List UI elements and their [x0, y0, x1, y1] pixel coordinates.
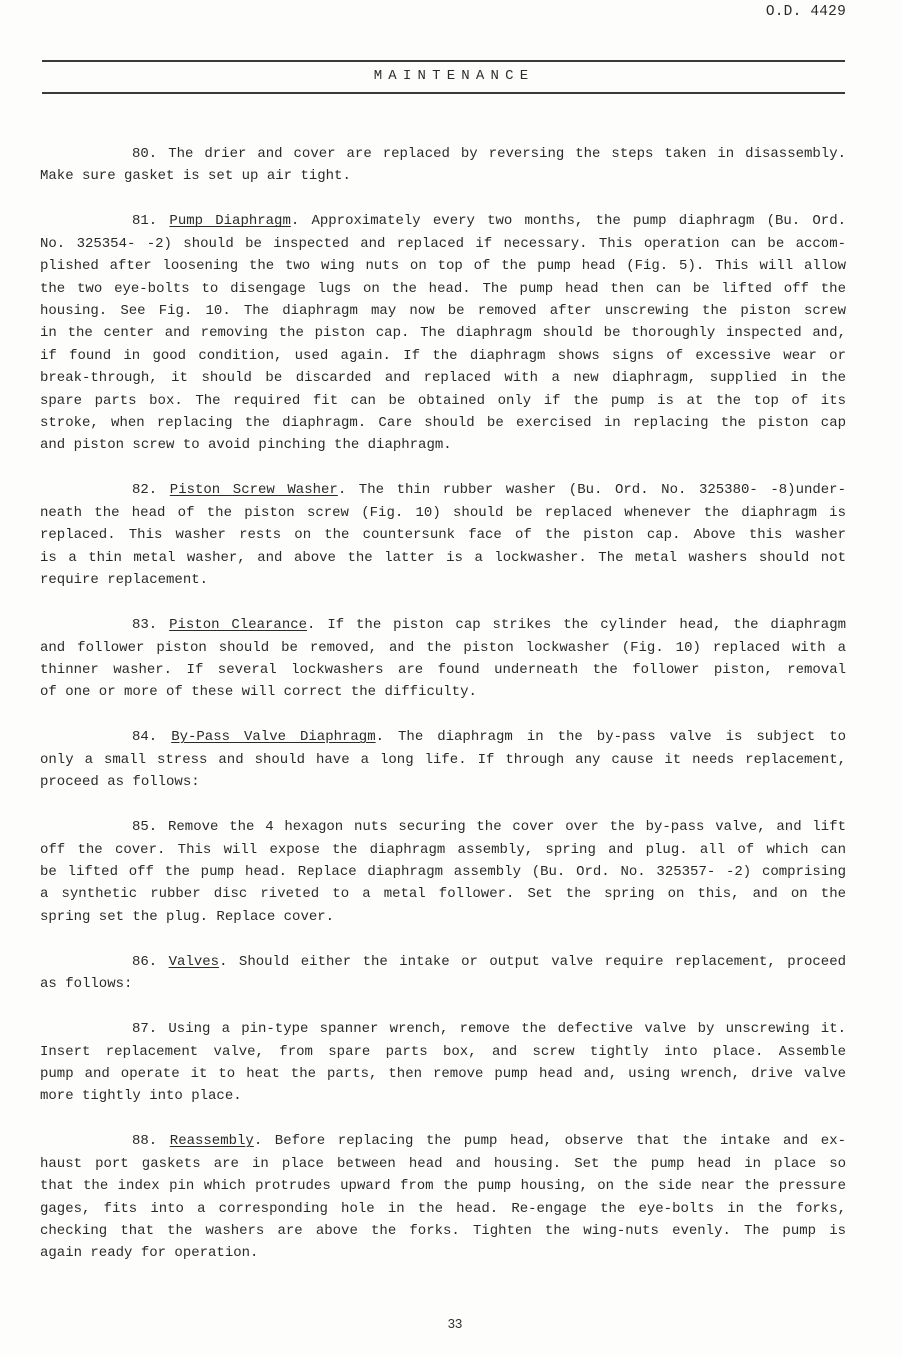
text-line: pump and operate it to heat the parts, t… — [40, 1063, 846, 1085]
line-text: neath the head of the piston screw (Fig.… — [40, 505, 846, 521]
line-text: of one or more of these will correct the… — [40, 684, 477, 700]
line-text: pump and operate it to heat the parts, t… — [40, 1066, 846, 1082]
line-text: the two eye-bolts to disengage lugs on t… — [40, 281, 846, 297]
line-text: more tightly into place. — [40, 1088, 242, 1104]
text-line: checking that the washers are above the … — [40, 1220, 846, 1242]
text-line: replaced. This washer rests on the count… — [40, 524, 846, 546]
text-line: thinner washer. If several lockwashers a… — [40, 659, 846, 681]
line-text: is a thin metal washer, and above the la… — [40, 550, 846, 566]
paragraph-86: 86. Valves. Should either the intake or … — [40, 951, 846, 996]
line-text: The drier and cover are replaced by reve… — [168, 146, 846, 162]
text-line: 81. Pump Diaphragm. Approximately every … — [40, 210, 846, 232]
paragraph-84: 84. By-Pass Valve Diaphragm. The diaphra… — [40, 726, 846, 793]
text-line: 85. Remove the 4 hexagon nuts securing t… — [40, 816, 846, 838]
line-text: plished after loosening the two wing nut… — [40, 258, 846, 274]
paragraph-number: 85. — [132, 819, 168, 835]
text-line: 84. By-Pass Valve Diaphragm. The diaphra… — [40, 726, 846, 748]
line-text: and follower piston should be removed, a… — [40, 640, 846, 656]
text-line: neath the head of the piston screw (Fig.… — [40, 502, 846, 524]
text-line: of one or more of these will correct the… — [40, 681, 846, 703]
line-text: . Before replacing the pump head, observ… — [254, 1133, 846, 1149]
text-line: a synthetic rubber disc riveted to a met… — [40, 883, 846, 905]
text-line: Insert replacement valve, from spare par… — [40, 1041, 846, 1063]
text-line: in the center and removing the piston ca… — [40, 322, 846, 344]
line-text: proceed as follows: — [40, 774, 200, 790]
text-line: break-through, it should be discarded an… — [40, 367, 846, 389]
line-text: spare parts box. The required fit can be… — [40, 393, 846, 409]
paragraph-number: 81. — [132, 213, 169, 229]
line-text: and piston screw to avoid pinching the d… — [40, 437, 452, 453]
line-text: . Approximately every two months, the pu… — [291, 213, 846, 229]
line-text: break-through, it should be discarded an… — [40, 370, 846, 386]
paragraph-87: 87. Using a pin-type spanner wrench, rem… — [40, 1018, 846, 1108]
header-rule-bottom — [42, 92, 845, 94]
text-line: 80. The drier and cover are replaced by … — [40, 143, 846, 165]
line-text: off the cover. This will expose the diap… — [40, 842, 846, 858]
text-line: and follower piston should be removed, a… — [40, 637, 846, 659]
paragraph-81: 81. Pump Diaphragm. Approximately every … — [40, 210, 846, 456]
text-line: 82. Piston Screw Washer. The thin rubber… — [40, 479, 846, 501]
line-text: No. 325354- -2) should be inspected and … — [40, 236, 846, 252]
line-text: only a small stress and should have a lo… — [40, 752, 846, 768]
text-line: 83. Piston Clearance. If the piston cap … — [40, 614, 846, 636]
paragraph-heading: Pump Diaphragm — [169, 213, 290, 229]
line-text: . The thin rubber washer (Bu. Ord. No. 3… — [338, 482, 846, 498]
page-number: 33 — [0, 1316, 902, 1331]
paragraph-heading: Reassembly — [170, 1133, 254, 1149]
paragraph-number: 84. — [132, 729, 171, 745]
text-line: Make sure gasket is set up air tight. — [40, 165, 846, 187]
paragraph-number: 83. — [132, 617, 169, 633]
line-text: checking that the washers are above the … — [40, 1223, 846, 1239]
line-text: that the index pin which protrudes upwar… — [40, 1178, 846, 1194]
text-line: as follows: — [40, 973, 846, 995]
paragraph-number: 82. — [132, 482, 170, 498]
text-line: more tightly into place. — [40, 1085, 846, 1107]
text-line: require replacement. — [40, 569, 846, 591]
paragraph-88: 88. Reassembly. Before replacing the pum… — [40, 1130, 846, 1264]
paragraph-83: 83. Piston Clearance. If the piston cap … — [40, 614, 846, 704]
line-text: Using a pin-type spanner wrench, remove … — [168, 1021, 846, 1037]
line-text: haust port gaskets are in place between … — [40, 1156, 846, 1172]
text-line: again ready for operation. — [40, 1242, 846, 1264]
paragraph-number: 80. — [132, 146, 168, 162]
line-text: replaced. This washer rests on the count… — [40, 527, 846, 543]
document-page: O.D. 4429 MAINTENANCE 80. The drier and … — [0, 0, 902, 1357]
line-text: housing. See Fig. 10. The diaphragm may … — [40, 303, 846, 319]
text-line: 88. Reassembly. Before replacing the pum… — [40, 1130, 846, 1152]
text-line: No. 325354- -2) should be inspected and … — [40, 233, 846, 255]
line-text: Make sure gasket is set up air tight. — [40, 168, 351, 184]
line-text: . Should either the intake or output val… — [219, 954, 846, 970]
text-line: be lifted off the pump head. Replace dia… — [40, 861, 846, 883]
paragraph-heading: Valves — [169, 954, 219, 970]
text-line: if found in good condition, used again. … — [40, 345, 846, 367]
text-line: only a small stress and should have a lo… — [40, 749, 846, 771]
text-line: the two eye-bolts to disengage lugs on t… — [40, 278, 846, 300]
text-line: plished after loosening the two wing nut… — [40, 255, 846, 277]
paragraph-number: 86. — [132, 954, 169, 970]
header-rule-top — [42, 60, 845, 62]
paragraph-82: 82. Piston Screw Washer. The thin rubber… — [40, 479, 846, 591]
text-line: spring set the plug. Replace cover. — [40, 906, 846, 928]
line-text: thinner washer. If several lockwashers a… — [40, 662, 846, 678]
line-text: Insert replacement valve, from spare par… — [40, 1044, 846, 1060]
text-line: haust port gaskets are in place between … — [40, 1153, 846, 1175]
paragraph-85: 85. Remove the 4 hexagon nuts securing t… — [40, 816, 846, 928]
paragraph-heading: Piston Clearance — [169, 617, 307, 633]
line-text: in the center and removing the piston ca… — [40, 325, 846, 341]
line-text: . The diaphragm in the by-pass valve is … — [376, 729, 846, 745]
paragraph-number: 87. — [132, 1021, 168, 1037]
line-text: require replacement. — [40, 572, 208, 588]
line-text: . If the piston cap strikes the cylinder… — [307, 617, 846, 633]
paragraph-heading: By-Pass Valve Diaphragm — [171, 729, 375, 745]
line-text: as follows: — [40, 976, 132, 992]
text-line: is a thin metal washer, and above the la… — [40, 547, 846, 569]
line-text: a synthetic rubber disc riveted to a met… — [40, 886, 846, 902]
text-line: gages, fits into a corresponding hole in… — [40, 1198, 846, 1220]
line-text: be lifted off the pump head. Replace dia… — [40, 864, 846, 880]
text-line: and piston screw to avoid pinching the d… — [40, 434, 846, 456]
paragraph-80: 80. The drier and cover are replaced by … — [40, 143, 846, 188]
text-line: that the index pin which protrudes upwar… — [40, 1175, 846, 1197]
text-line: off the cover. This will expose the diap… — [40, 839, 846, 861]
line-text: again ready for operation. — [40, 1245, 258, 1261]
paragraph-heading: Piston Screw Washer — [170, 482, 338, 498]
body-text: 80. The drier and cover are replaced by … — [40, 143, 846, 1265]
section-title: MAINTENANCE — [0, 68, 902, 84]
text-line: proceed as follows: — [40, 771, 846, 793]
text-line: housing. See Fig. 10. The diaphragm may … — [40, 300, 846, 322]
line-text: if found in good condition, used again. … — [40, 348, 846, 364]
line-text: stroke, when replacing the diaphragm. Ca… — [40, 415, 846, 431]
text-line: spare parts box. The required fit can be… — [40, 390, 846, 412]
text-line: 86. Valves. Should either the intake or … — [40, 951, 846, 973]
line-text: spring set the plug. Replace cover. — [40, 909, 334, 925]
line-text: gages, fits into a corresponding hole in… — [40, 1201, 846, 1217]
text-line: stroke, when replacing the diaphragm. Ca… — [40, 412, 846, 434]
document-number: O.D. 4429 — [766, 4, 846, 20]
text-line: 87. Using a pin-type spanner wrench, rem… — [40, 1018, 846, 1040]
paragraph-number: 88. — [132, 1133, 170, 1149]
line-text: Remove the 4 hexagon nuts securing the c… — [168, 819, 846, 835]
